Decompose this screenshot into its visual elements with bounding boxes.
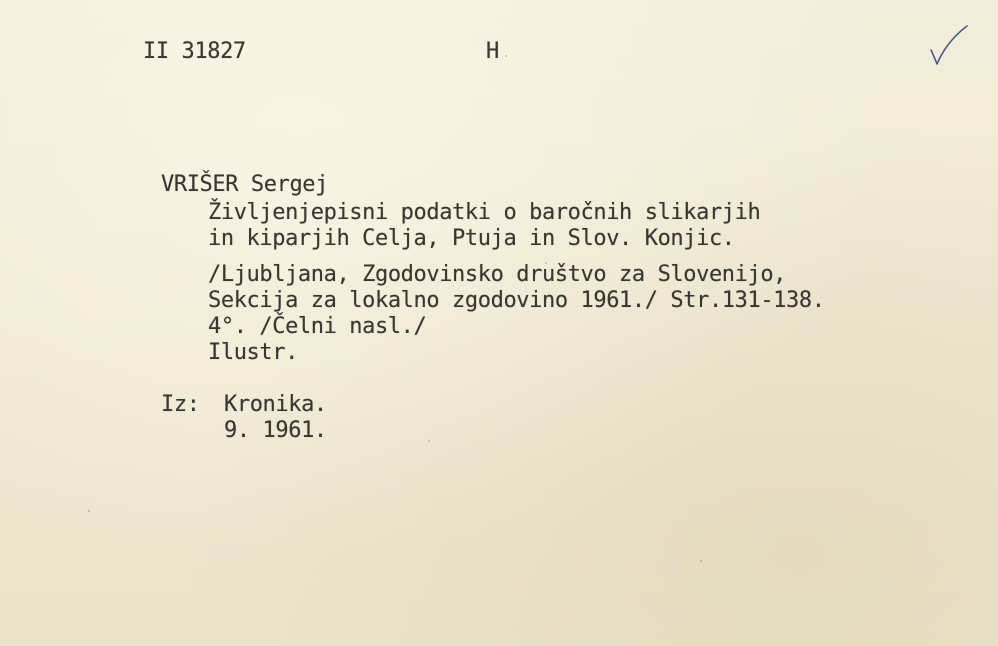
call-number: II 31827 (143, 40, 246, 64)
source-line: Kronika. (224, 393, 327, 417)
title-line: in kiparjih Celja, Ptuja in Slov. Konjic… (208, 227, 735, 251)
paper-speck (700, 560, 702, 562)
checkmark-icon (922, 22, 972, 72)
paper-speck (88, 510, 90, 512)
publication-line: 4°. /Čelni nasl./ (208, 315, 426, 339)
source-label: Iz: (161, 393, 200, 417)
author-heading: VRIŠER Sergej (161, 173, 328, 197)
publication-line: Ilustr. (208, 341, 298, 365)
catalog-card: II 31827 H VRIŠER Sergej Življenjepisni … (0, 0, 998, 646)
title-line: Življenjepisni podatki o baročnih slikar… (208, 201, 760, 225)
source-line: 9. 1961. (224, 419, 327, 443)
publication-line: /Ljubljana, Zgodovinsko društvo za Slove… (208, 263, 786, 287)
paper-speck (545, 262, 547, 264)
paper-speck (505, 55, 507, 57)
paper-speck (428, 440, 430, 442)
publication-line: Sekcija za lokalno zgodovino 1961./ Str.… (208, 289, 825, 313)
location-mark: H (486, 40, 499, 64)
